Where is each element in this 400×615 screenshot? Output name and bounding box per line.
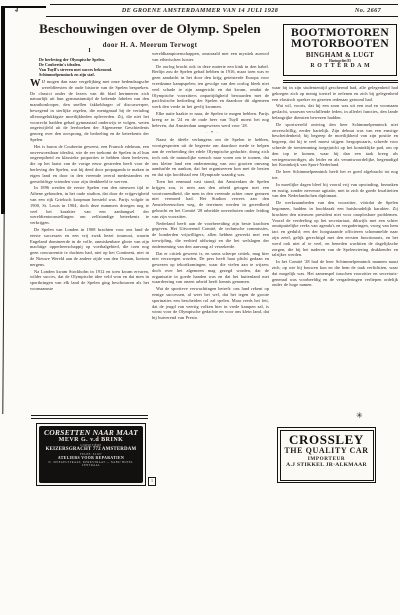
paragraph: Toen het eenmaal vast stond, dat Amsterd…: [152, 179, 269, 220]
paragraph: WIJ mogen dan naar vergelijking met onze…: [30, 79, 149, 143]
ad-crossley-slogan: THE QUALITY CAR: [281, 446, 373, 455]
dropcap: W: [30, 79, 41, 89]
ad-bootmotoren-company: BINGHAM & LUGT: [284, 51, 396, 59]
ad-crossley-panel: CROSSLEY THE QUALITY CAR IMPORTEUR A.J S…: [280, 430, 374, 481]
asterism-separator: · * ·: [152, 130, 269, 136]
rule-under-bootmotoren-ad: [283, 80, 398, 84]
paragraph: In 1896 werden de eerste Spelen van den …: [30, 185, 149, 226]
intro-line: Schimmelpenninck en zijn staf.: [39, 72, 144, 77]
ad-corsetten: CORSETTEN NAAR MAAT MEVR G. v.d BRINK CO…: [36, 423, 146, 486]
body-column-1: WIJ mogen dan naar vergelijking met onze…: [30, 79, 149, 413]
body-column-3: waar hij in zijn studententijd geschermd…: [272, 85, 398, 416]
paragraph: wereldkampioenschappen, omstraald met ee…: [152, 51, 269, 63]
paragraph: Dat er critiek geweest is, en soms scher…: [152, 251, 269, 286]
paragraph: De oorlog bracht ook in deze materie een…: [152, 64, 269, 110]
ad-crossley-importer-name: A.J STIKKEL JR·ALKMAAR: [281, 462, 373, 469]
ad-corsetten-footer: N. SPIEGELSTRAAT, KERKSTRAAT — NABIJ HOT…: [39, 461, 143, 468]
paragraph: In het Comité '28 had de heer Schimmelpe…: [272, 259, 398, 288]
ad-crossley: CROSSLEY THE QUALITY CAR IMPORTEUR A.J S…: [277, 427, 376, 483]
scan-border-left-thin: [2, 212, 5, 414]
paragraph: Wat de sportieve verwachtingen betreft: …: [152, 286, 269, 321]
paragraph: Naast de ideële verlangens om de Spelen …: [152, 137, 269, 178]
paragraph: De werkzaamheden van den voorzitter, vóó…: [272, 200, 398, 258]
header-rule-top: [50, 4, 398, 5]
rule-above-corsetten-ad: [31, 415, 148, 419]
ad-bootmotoren-line2: MOTORBOOTEN: [284, 39, 396, 50]
header-rule-bottom: [46, 16, 398, 18]
ad-bootmotoren-city: ROTTERDAM: [284, 63, 396, 71]
paragraph: waar hij in zijn studententijd geschermd…: [272, 85, 398, 102]
paragraph: In moeilijke dagen bleef hij vooral vrij…: [272, 182, 398, 199]
ad-corsetten-title: CORSETTEN NAAR MAAT: [39, 429, 143, 437]
section-numeral: I: [30, 48, 149, 54]
paragraph: Wat wil, voorts, dat hij een zoon was ui…: [272, 103, 398, 120]
paragraph: De heer Schimmelpenninck heeft het er go…: [272, 169, 398, 181]
issue-number: No. 2667: [340, 7, 396, 14]
end-ornament-icon: ✳: [356, 411, 363, 420]
body-column-2: wereldkampioenschappen, omstraald met ee…: [152, 51, 269, 492]
ad-bootmotoren: BOOTMOTOREN MOTORBOOTEN BINGHAM & LUGT H…: [283, 24, 397, 76]
intro-summary: De herleving der Olympische Spelen. De C…: [39, 57, 144, 77]
paragraph: De sportwereld ontving den heer Schimmel…: [272, 122, 398, 168]
paragraph: Het is baron de Coubertin geweest, een F…: [30, 144, 149, 185]
scan-border-left: [1, 6, 5, 214]
ad-corsetten-panel: CORSETTEN NAAR MAAT MEVR G. v.d BRINK CO…: [39, 426, 143, 483]
article-title: Beschouwingen over de Olymp. Spelen: [30, 21, 270, 37]
ad-crossley-title: CROSSLEY: [281, 433, 373, 446]
paragraph: Na Londen kwam Stockholm in 1912 en toen…: [30, 269, 149, 292]
newspaper-page: { "colors": { "paper": "#fcfbf7", "ink":…: [0, 0, 400, 615]
paragraph: Nederland heeft aan de voorbereiding zij…: [152, 221, 269, 250]
paragraph: Elke natie haakte er naar, de Spelen te …: [152, 111, 269, 128]
paragraph: De Spelen van Londen in 1908 brachten vo…: [30, 227, 149, 268]
